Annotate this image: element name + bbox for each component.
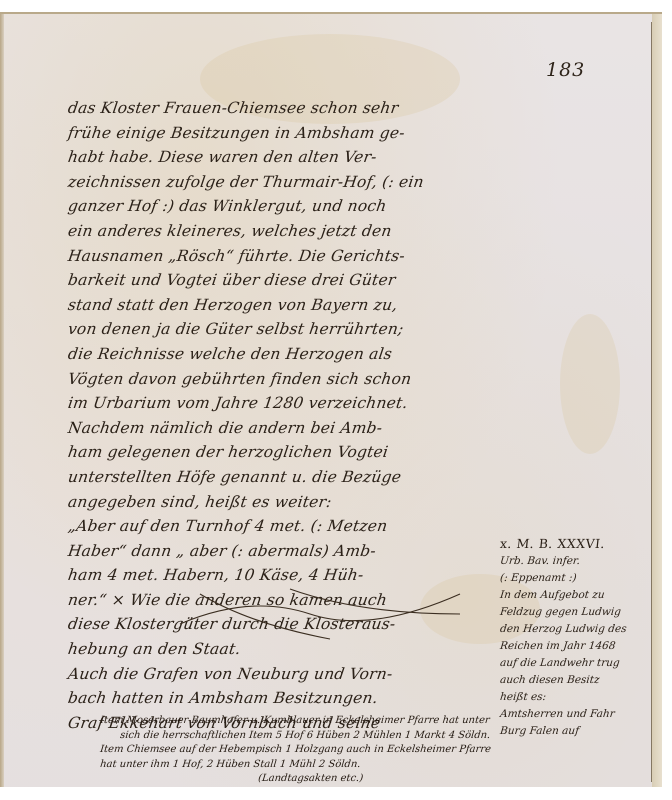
footnote-source: (Landtagsakten etc.) [99, 772, 651, 787]
strikethrough-marks [160, 584, 480, 654]
margin-line: (: Eppenamt :) [499, 570, 651, 587]
margin-line: In dem Aufgebot zu [499, 587, 651, 604]
paper-stain [560, 314, 620, 454]
text-line: bach hatten in Ambsham Besitzungen. [66, 686, 489, 711]
text-line: von denen ja die Güter selbst herrührten… [66, 317, 489, 342]
margin-line: auch diesen Besitz [499, 672, 651, 689]
text-line: angegeben sind, heißt es weiter: [66, 490, 489, 515]
text-line: Hausnamen „Rösch“ führte. Die Gerichts- [66, 244, 489, 269]
text-line: habt habe. Diese waren den alten Ver- [66, 145, 489, 170]
text-line: im Urbarium vom Jahre 1280 verzeichnet. [66, 391, 489, 416]
margin-note: x. M. B. XXXVI. Urb. Bav. infer. (: Eppe… [500, 535, 650, 740]
text-line: die Reichnisse welche den Herzogen als [66, 342, 489, 367]
margin-reference: x. M. B. XXXVI. [499, 535, 651, 553]
text-line: das Kloster Frauen-Chiemsee schon sehr [66, 96, 489, 121]
page-right-strip [652, 14, 662, 787]
text-line: zeichnissen zufolge der Thurmair-Hof, (:… [66, 170, 489, 195]
footnote-block: Item Moserbauer Baumhofer u. Kumblauer i… [100, 714, 650, 787]
margin-line: Urb. Bav. infer. [499, 553, 651, 570]
manuscript-page: 183 das Kloster Frauen-Chiemsee schon se… [0, 12, 662, 787]
text-line: stand statt den Herzogen von Bayern zu, [66, 293, 489, 318]
page-left-edge [0, 14, 4, 787]
text-line: Vögten davon gebührten finden sich schon [66, 367, 489, 392]
text-line: ham gelegenen der herzoglichen Vogtei [66, 440, 489, 465]
text-line: Auch die Grafen von Neuburg und Vorn- [66, 662, 489, 687]
text-line: ganzer Hof :) das Winklergut, und noch [66, 194, 489, 219]
footnote-line: Item Moserbauer Baumhofer u. Kumblauer i… [99, 714, 651, 729]
page-right-border-line [651, 22, 652, 782]
footnote-line: Item Chiemsee auf der Hebempisch 1 Holzg… [99, 743, 651, 758]
margin-line: heißt es: [499, 689, 651, 706]
quoted-text-line: „Aber auf den Turnhof 4 met. (: Metzen [66, 514, 489, 539]
footnote-line: sich die herrschaftlichen Item 5 Hof 6 H… [99, 729, 651, 744]
margin-line: Reichen im Jahr 1468 [499, 638, 651, 655]
page-number: 183 [546, 59, 585, 81]
margin-line: auf die Landwehr trug [499, 655, 651, 672]
quoted-text-line: Haber“ dann „ aber (: abermals) Amb- [66, 539, 489, 564]
text-line: unterstellten Höfe genannt u. die Bezüge [66, 465, 489, 490]
footnote-line: hat unter ihm 1 Hof, 2 Hüben Stall 1 Müh… [99, 758, 651, 773]
margin-line: den Herzog Ludwig des [499, 621, 651, 638]
text-line: frühe einige Besitzungen in Ambsham ge- [66, 121, 489, 146]
text-line: barkeit und Vogtei über diese drei Güter [66, 268, 489, 293]
margin-line: Feldzug gegen Ludwig [499, 604, 651, 621]
text-line: Nachdem nämlich die andern bei Amb- [66, 416, 489, 441]
text-line: ein anderes kleineres, welches jetzt den [66, 219, 489, 244]
